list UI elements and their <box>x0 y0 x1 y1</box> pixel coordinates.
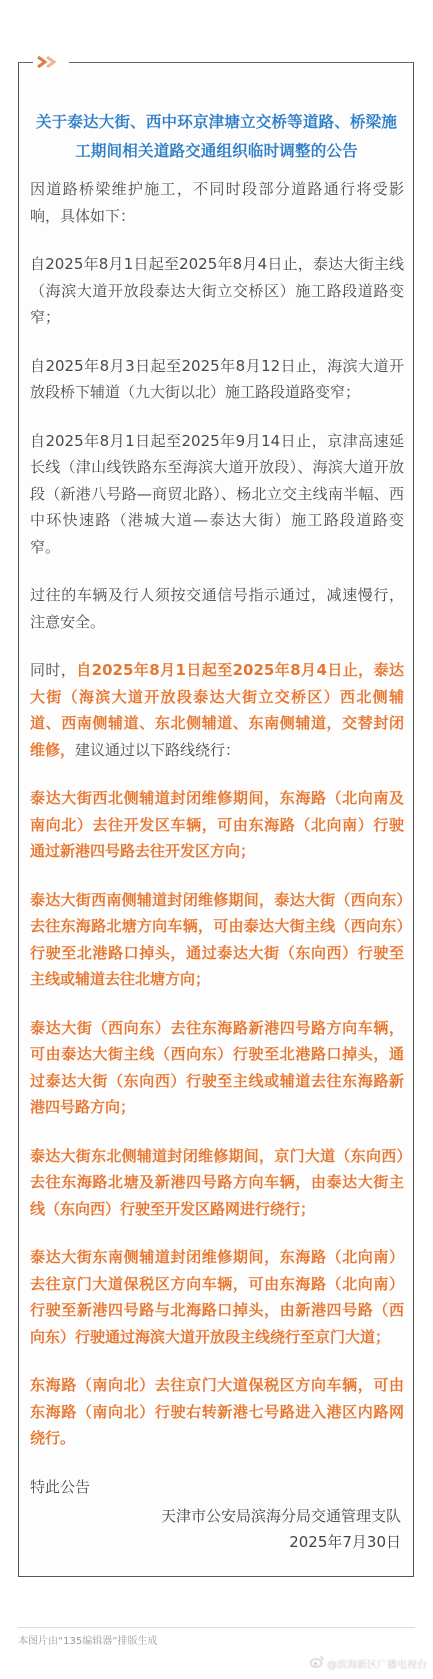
detour-northeast: 泰达大街东北侧辅道封闭维修期间，京门大道（东向西）去往东海路北塘及新港四号路方向… <box>30 1143 404 1223</box>
detour-southwest-2: 泰达大街（西向东）去往东海路新港四号路方向车辆，可由泰达大街主线（西向东）行驶至… <box>30 1015 404 1121</box>
paragraph-intro: 因道路桥梁维护施工，不同时段部分道路通行将受影响，具体如下： <box>30 176 404 229</box>
notice-body: 因道路桥梁维护施工，不同时段部分道路通行将受影响，具体如下： 自2025年8月1… <box>30 176 404 1522</box>
paragraph-narrowing-2: 自2025年8月3日起至2025年8月12日止，海滨大道开放段桥下辅道（九大街以… <box>30 353 404 406</box>
detour-northwest: 泰达大街西北侧辅道封闭维修期间，东海路（北向南及南向北）去往开发区车辆，可由东海… <box>30 785 404 865</box>
paragraph-closing: 特此公告 <box>30 1474 404 1501</box>
watermark-text: @滨海新区广播电视台 <box>327 1656 427 1671</box>
detour-southwest: 泰达大街西南侧辅道封闭维修期间，泰达大街（西向东）去往东海路北塘方向车辆，可由泰… <box>30 887 404 993</box>
detour-southeast: 泰达大街东南侧辅道封闭维修期间，东海路（北向南）去往京门大道保税区方向车辆，可由… <box>30 1244 404 1350</box>
notice-title: 关于泰达大街、西中环京津塘立交桥等道路、桥梁施工期间相关道路交通组织临时调整的公… <box>30 108 403 166</box>
double-chevron-icon <box>33 54 69 70</box>
footer-credit: 本图片由“135编辑器”排版生成 <box>18 1632 157 1647</box>
signature-date: 2025年7月30日 <box>161 1529 401 1555</box>
weibo-icon <box>310 1656 324 1671</box>
paragraph-narrowing-1: 自2025年8月1日起至2025年8月4日止，泰达大街主线（海滨大道开放段泰达大… <box>30 251 404 331</box>
footer-divider <box>18 1627 415 1628</box>
detour-southeast-2: 东海路（南向北）去往京门大道保税区方向车辆，可由东海路（南向北）行驶右转新港七号… <box>30 1372 404 1452</box>
paragraph-safety: 过往的车辆及行人须按交通信号指示通过，减速慢行，注意安全。 <box>30 582 404 635</box>
signature-organization: 天津市公安局滨海分局交通管理支队 <box>161 1503 401 1529</box>
paragraph-narrowing-3: 自2025年8月1日起至2025年9月14日止，京津高速延长线（津山线铁路东至海… <box>30 428 404 561</box>
signature-block: 天津市公安局滨海分局交通管理支队 2025年7月30日 <box>161 1503 401 1555</box>
watermark: @滨海新区广播电视台 <box>310 1656 427 1671</box>
paragraph-closure-notice: 同时，自2025年8月1日起至2025年8月4日止，泰达大街（海滨大道开放段泰达… <box>30 657 404 763</box>
